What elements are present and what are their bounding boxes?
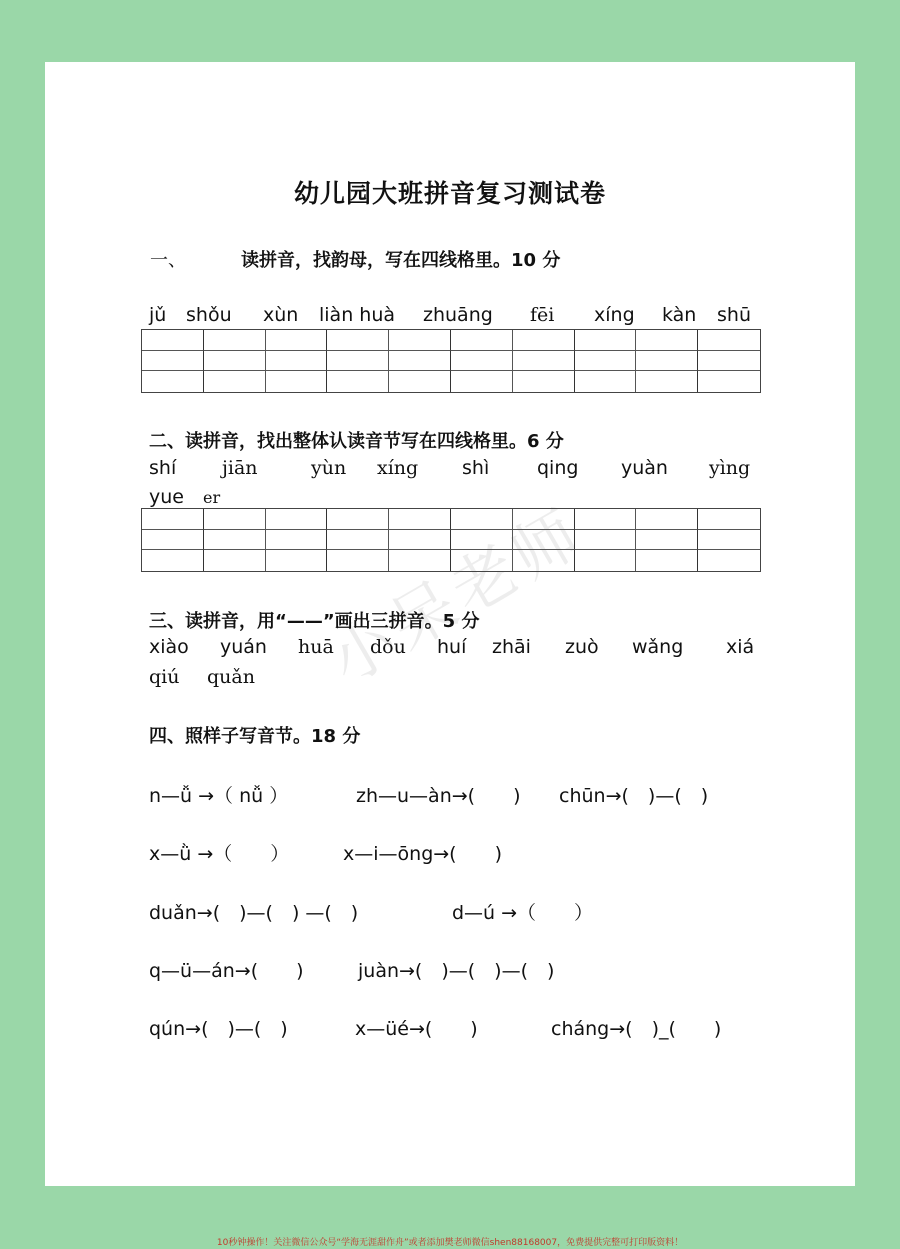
pinyin-word: dǒu: [370, 636, 406, 658]
exercise-item[interactable]: n—ǚ →（ nǚ ）: [149, 781, 288, 808]
four-line-grid-2[interactable]: [141, 508, 761, 572]
pinyin-word: yìng: [709, 457, 750, 479]
pinyin-word: quǎn: [207, 666, 255, 688]
exercise-item[interactable]: cháng→( )_( ): [551, 1014, 721, 1041]
pinyin-word: huā: [298, 636, 334, 658]
pinyin-word: liàn huà: [319, 304, 395, 326]
exercise-item[interactable]: x—üé→( ): [355, 1014, 478, 1041]
pinyin-word: yùn: [311, 457, 346, 479]
pinyin-word: wǎng: [632, 636, 683, 658]
exercise-item[interactable]: d—ú →（ ）: [452, 898, 593, 925]
pinyin-word: er: [203, 488, 220, 507]
worksheet-page: 小呆老师 幼儿园大班拼音复习测试卷 一、 读拼音，找韵母，写在四线格里。10 分…: [45, 62, 855, 1186]
pinyin-word: xíng: [594, 304, 635, 326]
pinyin-word: shǒu: [186, 304, 232, 326]
pinyin-word: huí: [437, 636, 466, 658]
section-1-instruction: 读拼音，找韵母，写在四线格里。10 分: [241, 246, 560, 272]
pinyin-word: xùn: [263, 304, 298, 326]
pinyin-word: shū: [717, 304, 751, 326]
pinyin-word: qiú: [149, 666, 179, 688]
pinyin-word: shí: [149, 457, 176, 479]
pinyin-word: zhāi: [492, 636, 531, 658]
pinyin-word: fēi: [530, 304, 554, 326]
footer-promo-text: 10秒钟操作！关注微信公众号“学海无涯甜作舟”或者添加樊老师微信shen8816…: [0, 1235, 900, 1248]
exercise-item[interactable]: x—i—ōng→( ): [343, 839, 502, 866]
pinyin-word: kàn: [662, 304, 696, 326]
section-3-instruction: 三、读拼音，用“——”画出三拼音。5 分: [149, 607, 479, 633]
exercise-item[interactable]: x—ǜ →（ ）: [149, 839, 289, 866]
exercise-item[interactable]: q—ü—án→( ): [149, 956, 304, 983]
page-title: 幼儿园大班拼音复习测试卷: [45, 174, 855, 210]
pinyin-word: xiào: [149, 636, 189, 658]
pinyin-word: zuò: [565, 636, 599, 658]
pinyin-word: xíng: [377, 457, 418, 479]
pinyin-word: yuàn: [621, 457, 668, 479]
pinyin-word: jǔ: [149, 304, 166, 326]
pinyin-word: xiá: [726, 636, 754, 658]
pinyin-word: shì: [462, 457, 489, 479]
section-1-number: 一、: [150, 246, 186, 272]
exercise-item[interactable]: duǎn→( )—( ) —( ): [149, 898, 358, 925]
four-line-grid-1[interactable]: [141, 329, 761, 393]
exercise-item[interactable]: chūn→( )—( ): [559, 781, 708, 808]
exercise-item[interactable]: zh—u—àn→( ): [356, 781, 521, 808]
exercise-item[interactable]: qún→( )—( ): [149, 1014, 288, 1041]
pinyin-word: qing: [537, 457, 578, 479]
section-4-instruction: 四、照样子写音节。18 分: [149, 722, 360, 748]
exercise-item[interactable]: juàn→( )—( )—( ): [358, 956, 554, 983]
pinyin-word: jiān: [222, 457, 258, 479]
pinyin-word: yue: [149, 486, 184, 508]
pinyin-word: yuán: [220, 636, 267, 658]
pinyin-word: zhuāng: [423, 304, 493, 326]
section-2-instruction: 二、读拼音，找出整体认读音节写在四线格里。6 分: [149, 427, 564, 453]
